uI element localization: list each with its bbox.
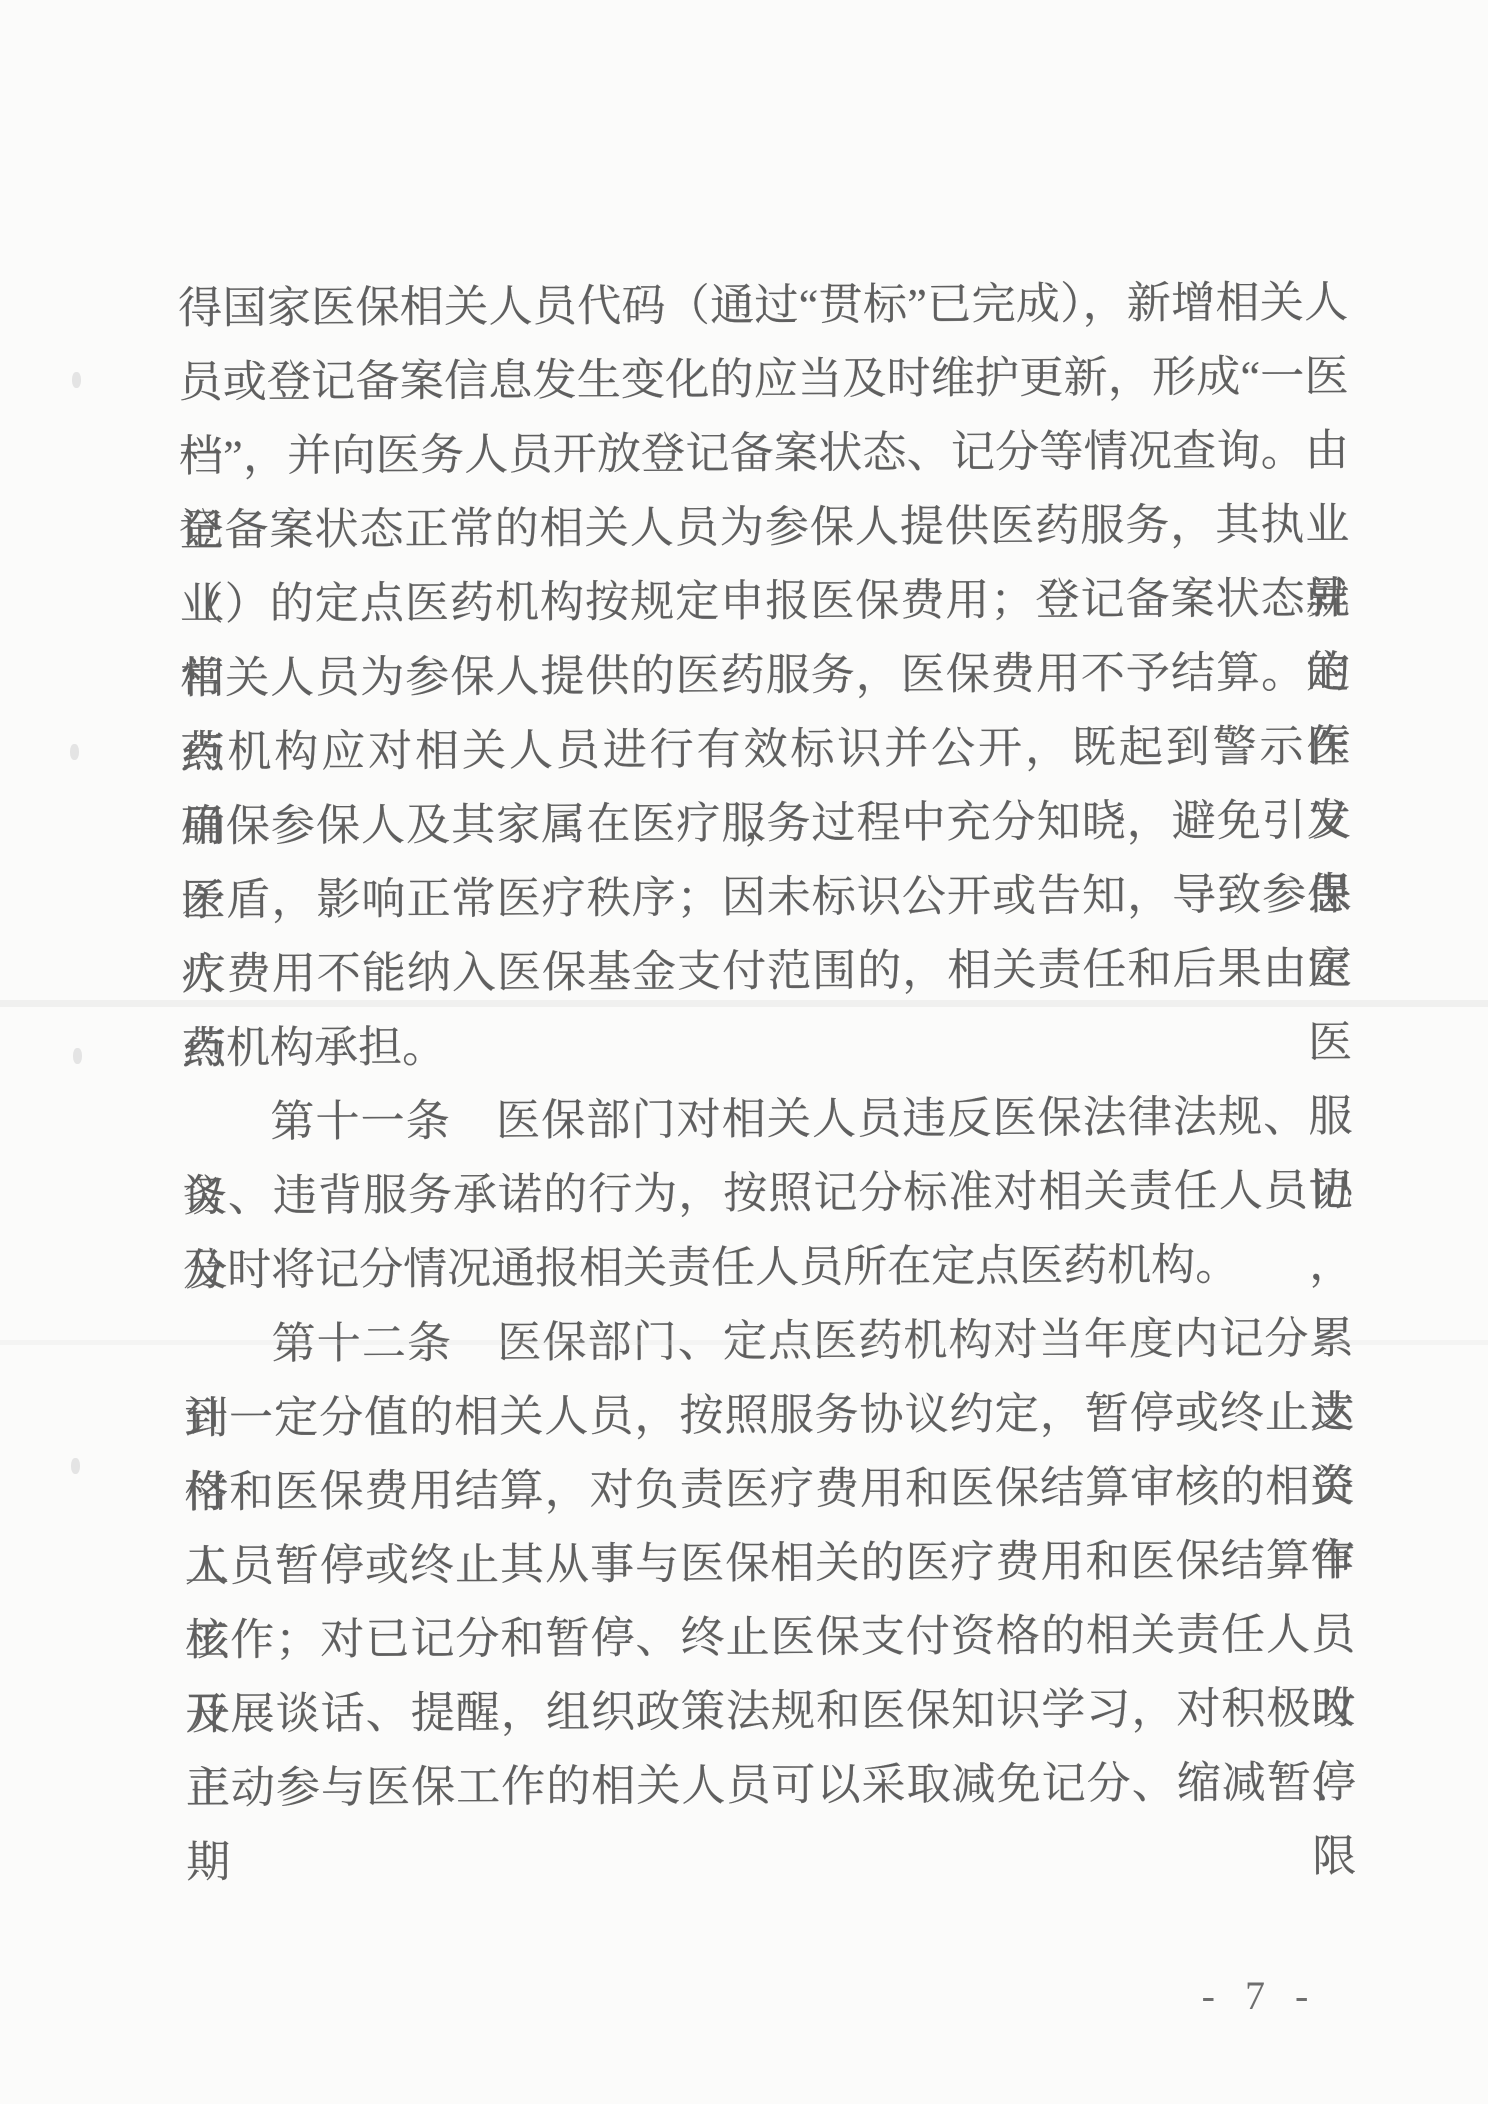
scan-artifact-speck bbox=[70, 744, 79, 760]
text-line: 记备案状态正常的相关人员为参保人提供医药服务，其执业（就 bbox=[179, 488, 1349, 568]
text-line: 药机构应对相关人员进行有效标识并公开，既起到警示作用，又 bbox=[180, 710, 1350, 790]
text-line: 疗费用不能纳入医保基金支付范围的，相关责任和后果由定点医 bbox=[181, 932, 1351, 1012]
scan-artifact-speck bbox=[73, 1048, 82, 1064]
text-line: 相关人员为参保人提供的医药服务，医保费用不予结算。定点医 bbox=[180, 636, 1350, 716]
scan-artifact-speck bbox=[72, 372, 81, 388]
text-line article-12-heading-line: 第十二条 医保部门、定点医药机构对当年度内记分累计达 bbox=[183, 1302, 1353, 1382]
text-line: 主动参与医保工作的相关人员可以采取减免记分、缩减暂停期限 bbox=[186, 1746, 1356, 1826]
text-line: 格和医保费用结算，对负责医疗费用和医保结算审核的相关工作 bbox=[184, 1450, 1354, 1530]
text-line: 到一定分值的相关人员，按照服务协议约定，暂停或终止支付资 bbox=[184, 1376, 1354, 1456]
text-line: 业）的定点医药机构按规定申报医保费用；登记备案状态异常的 bbox=[180, 562, 1350, 642]
text-line: 员或登记备案信息发生变化的应当及时维护更新，形成“一医一 bbox=[178, 340, 1348, 420]
text-line paragraph-end: 及时将记分情况通报相关责任人员所在定点医药机构。 bbox=[183, 1228, 1353, 1308]
scan-artifact-speck bbox=[71, 1458, 80, 1474]
text-line: 开展谈话、提醒，组织政策法规和医保知识学习，对积极改正、 bbox=[185, 1672, 1355, 1752]
text-line article-11-heading-line: 第十一条 医保部门对相关人员违反医保法律法规、服务协 bbox=[182, 1080, 1352, 1160]
document-page: 得国家医保相关人员代码（通过“贯标”已完成），新增相关人 员或登记备案信息发生变… bbox=[0, 0, 1488, 2104]
text-line: 工作；对已记分和暂停、终止医保支付资格的相关责任人员及时 bbox=[185, 1598, 1355, 1678]
text-line: 议、违背服务承诺的行为，按照记分标准对相关责任人员记分， bbox=[183, 1154, 1353, 1234]
page-number: - 7 - bbox=[1140, 1972, 1380, 2019]
document-body: 得国家医保相关人员代码（通过“贯标”已完成），新增相关人 员或登记备案信息发生变… bbox=[178, 266, 1356, 1826]
text-line: 人员暂停或终止其从事与医保相关的医疗费用和医保结算审核 bbox=[185, 1524, 1355, 1604]
text-line: 矛盾，影响正常医疗秩序；因未标识公开或告知，导致参保人医 bbox=[181, 858, 1351, 938]
text-line: 确保参保人及其家属在医疗服务过程中充分知晓，避免引发医患 bbox=[181, 784, 1351, 864]
text-line: 档”，并向医务人员开放登记备案状态、记分等情况查询。由登 bbox=[179, 414, 1349, 494]
text-line: 得国家医保相关人员代码（通过“贯标”已完成），新增相关人 bbox=[178, 266, 1348, 346]
